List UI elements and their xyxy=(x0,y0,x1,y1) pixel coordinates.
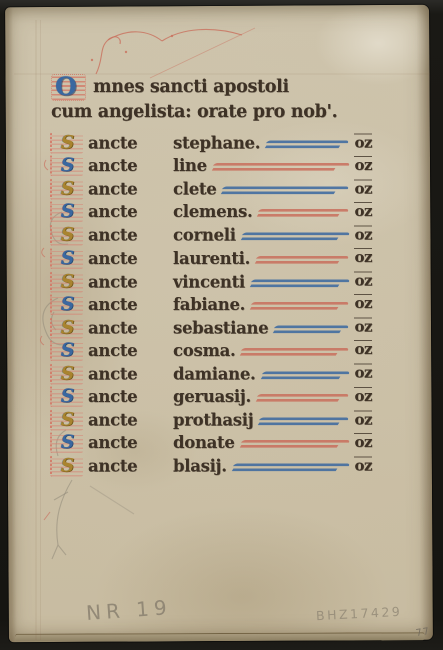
line-filler-ornament xyxy=(237,440,350,448)
line-filler-ornament xyxy=(248,302,350,310)
illuminated-initial-s: S xyxy=(50,294,83,315)
illuminated-initial-s: S xyxy=(50,271,83,292)
ora-abbreviation: oz xyxy=(354,456,372,473)
litany-word-sancte: ancte xyxy=(88,202,173,221)
litany-line: S ancte clete oz xyxy=(50,178,372,201)
ora-abbreviation: oz xyxy=(354,156,372,173)
litany-word-sancte: ancte xyxy=(88,156,173,175)
illuminated-initial-s: S xyxy=(50,386,83,407)
litany-word-sancte: ancte xyxy=(88,249,173,268)
litany-line: S ancte stephane. oz xyxy=(50,132,372,155)
illuminated-initial-s: S xyxy=(50,317,83,338)
saint-name: sebastiane xyxy=(173,318,268,337)
litany-line: S ancte cosma. oz xyxy=(50,339,372,362)
litany-line: S ancte sebastiane oz xyxy=(50,316,372,339)
initial-letter-o: O xyxy=(55,72,76,101)
ora-abbreviation: oz xyxy=(354,225,372,242)
ora-abbreviation: oz xyxy=(354,433,372,450)
litany-line: S ancte corneli oz xyxy=(50,224,372,247)
saint-name: clemens. xyxy=(173,202,252,221)
saint-name: blasij. xyxy=(173,457,227,476)
litany-line: S ancte line oz xyxy=(50,154,372,177)
litany-line: S ancte geruasij. oz xyxy=(50,385,372,408)
line-filler-ornament xyxy=(258,371,350,379)
litany-word-sancte: ancte xyxy=(88,341,173,360)
line-filler-ornament xyxy=(247,279,350,287)
illuminated-initial-s: S xyxy=(50,201,83,222)
leaf-bottom-edge xyxy=(15,632,425,641)
line-filler-ornament xyxy=(254,394,350,402)
litany-word-sancte: ancte xyxy=(88,180,173,199)
saint-name: cosma. xyxy=(173,341,235,360)
litany-line: S ancte donate oz xyxy=(50,431,372,454)
saint-name: line xyxy=(173,156,207,175)
ora-abbreviation: oz xyxy=(354,248,372,265)
litany-word-sancte: ancte xyxy=(88,433,173,452)
line-filler-ornament xyxy=(229,464,350,472)
litany-line: S ancte clemens. oz xyxy=(50,200,372,223)
litany-line: S ancte laurenti. oz xyxy=(50,246,372,269)
litany-word-sancte: ancte xyxy=(88,318,173,337)
litany-word-sancte: ancte xyxy=(88,226,173,245)
saint-name: fabiane. xyxy=(173,295,245,314)
line-filler-ornament xyxy=(255,209,350,217)
manuscript-photo: O mnes sancti apostoli cum angelista: or… xyxy=(0,0,443,650)
litany-word-sancte: ancte xyxy=(88,364,173,383)
ora-abbreviation: oz xyxy=(354,202,372,219)
illuminated-initial-s: S xyxy=(50,179,83,200)
ora-abbreviation: oz xyxy=(354,179,372,196)
litany-rows: S ancte stephane. oz S ancte line oz S a… xyxy=(50,131,372,477)
illuminated-initial-o: O xyxy=(50,74,87,101)
litany-line: S ancte vincenti oz xyxy=(50,270,372,293)
illuminated-initial-s: S xyxy=(50,133,83,154)
ora-abbreviation: oz xyxy=(354,133,372,150)
line-filler-ornament xyxy=(209,163,350,171)
ora-abbreviation: oz xyxy=(354,387,372,404)
saint-name: donate xyxy=(173,433,235,452)
litany-line: S ancte damiane. oz xyxy=(50,362,372,385)
litany-word-sancte: ancte xyxy=(88,134,173,153)
litany-word-sancte: ancte xyxy=(88,387,173,406)
litany-line: S ancte blasij. oz xyxy=(50,455,372,478)
ora-abbreviation: oz xyxy=(354,410,372,427)
illuminated-initial-s: S xyxy=(50,456,83,477)
illuminated-initial-s: S xyxy=(50,363,83,384)
illuminated-initial-s: S xyxy=(50,340,83,361)
saint-name: geruasij. xyxy=(173,387,251,406)
saint-name: laurenti. xyxy=(173,249,250,268)
line-filler-ornament xyxy=(238,348,350,356)
saint-name: damiane. xyxy=(173,364,256,383)
illuminated-initial-s: S xyxy=(50,410,83,431)
ora-abbreviation: oz xyxy=(354,318,372,335)
line-filler-ornament xyxy=(219,187,350,195)
heading-line-1: O mnes sancti apostoli xyxy=(50,72,372,102)
illuminated-initial-s: S xyxy=(50,155,83,176)
ora-abbreviation: oz xyxy=(354,364,372,381)
illuminated-initial-s: S xyxy=(50,225,83,246)
ora-abbreviation: oz xyxy=(354,272,372,289)
heading-line1-text: mnes sancti apostoli xyxy=(93,77,289,97)
line-filler-ornament xyxy=(263,141,350,149)
line-filler-ornament xyxy=(271,325,350,333)
illuminated-initial-s: S xyxy=(50,248,83,269)
ora-abbreviation: oz xyxy=(354,340,372,357)
heading-line-2: cum angelista: orate pro nob'. xyxy=(51,102,372,126)
line-filler-ornament xyxy=(256,418,350,426)
line-filler-ornament xyxy=(238,233,350,241)
saint-name: corneli xyxy=(173,226,236,245)
ora-abbreviation: oz xyxy=(354,294,372,311)
litany-word-sancte: ancte xyxy=(88,272,173,291)
litany-line: S ancte fabiane. oz xyxy=(50,293,372,316)
litany-word-sancte: ancte xyxy=(88,411,173,430)
line-filler-ornament xyxy=(253,256,350,264)
saint-name: clete xyxy=(173,180,216,199)
illuminated-initial-s: S xyxy=(50,432,83,453)
saint-name: prothasij xyxy=(173,411,253,430)
litany-word-sancte: ancte xyxy=(88,295,173,314)
litany-word-sancte: ancte xyxy=(88,457,173,476)
litany-line: S ancte prothasij oz xyxy=(50,409,372,432)
saint-name: vincenti xyxy=(173,272,245,291)
saint-name: stephane. xyxy=(173,134,260,153)
litany-text-block: O mnes sancti apostoli cum angelista: or… xyxy=(50,72,372,477)
